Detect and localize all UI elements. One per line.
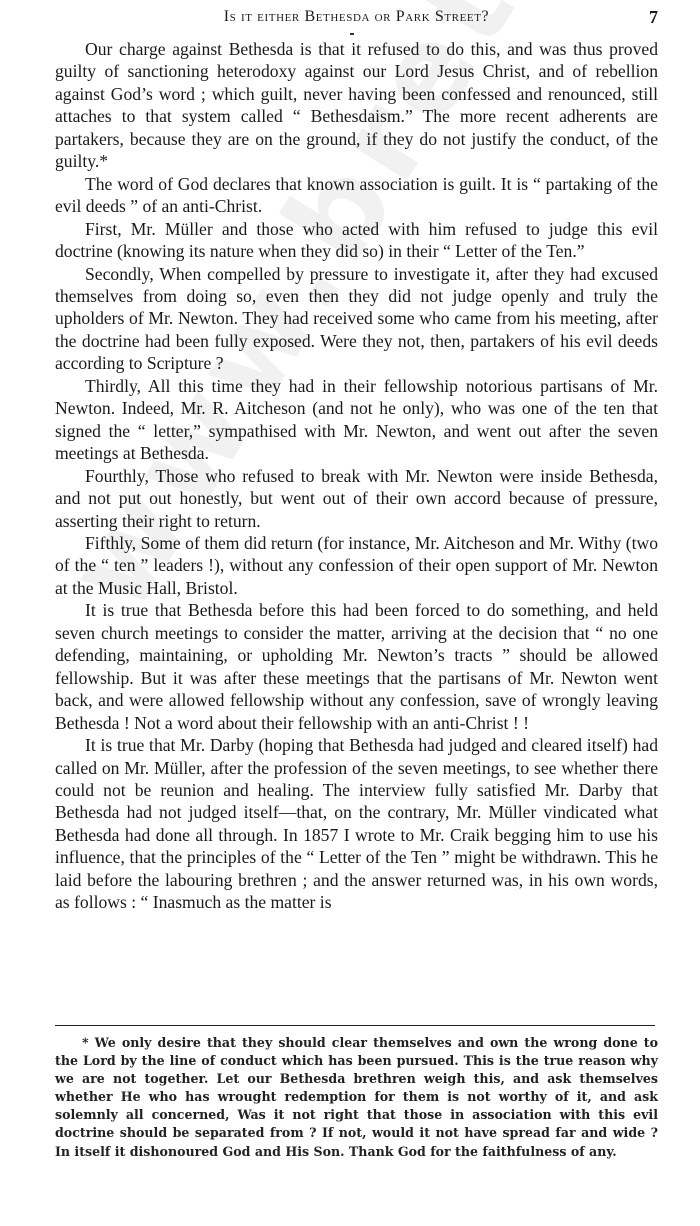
footnote: * We only desire that they should clear … (55, 1034, 658, 1161)
paragraph-third: Thirdly, All this time they had in their… (55, 375, 658, 465)
footnote-divider (55, 1025, 655, 1026)
paragraph-first: First, Mr. Müller and those who acted wi… (55, 218, 658, 263)
paragraph-second: Secondly, When compelled by pressure to … (55, 263, 658, 375)
paragraph-darby: It is true that Mr. Darby (hoping that B… (55, 734, 658, 914)
printer-mark (350, 33, 354, 35)
paragraph-fifth: Fifthly, Some of them did return (for in… (55, 532, 658, 599)
paragraph-seven-meetings: It is true that Bethesda before this had… (55, 599, 658, 734)
running-title: Is it either Bethesda or Park Street? (55, 8, 658, 26)
paragraph-association: The word of God declares that known asso… (55, 173, 658, 218)
footnote-text: * We only desire that they should clear … (55, 1034, 658, 1161)
paragraph-fourth: Fourthly, Those who refused to break wit… (55, 465, 658, 532)
page-number: 7 (649, 7, 658, 28)
body-text: Our charge against Bethesda is that it r… (55, 38, 658, 914)
paragraph-charge: Our charge against Bethesda is that it r… (55, 38, 658, 173)
page-header: Is it either Bethesda or Park Street? 7 (55, 4, 658, 32)
